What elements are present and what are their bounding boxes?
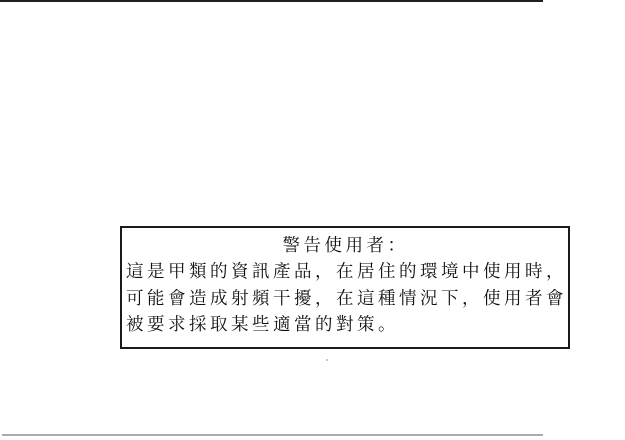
warning-line-2: 可能會造成射頻干擾，在這種情況下，使用者會	[126, 286, 565, 313]
class-a-warning-box: 警告使用者： 這是甲類的資訊產品，在居住的環境中使用時， 可能會造成射頻干擾，在…	[120, 226, 570, 349]
bottom-horizontal-rule	[2, 434, 543, 436]
scan-artifact-speck	[326, 359, 328, 361]
warning-line-1: 這是甲類的資訊產品，在居住的環境中使用時，	[126, 259, 565, 286]
document-page: 警告使用者： 這是甲類的資訊產品，在居住的環境中使用時， 可能會造成射頻干擾，在…	[0, 0, 625, 440]
warning-line-3: 被要求採取某些適當的對策。	[126, 312, 565, 339]
top-horizontal-rule	[0, 0, 543, 2]
warning-title: 警告使用者：	[126, 233, 565, 259]
